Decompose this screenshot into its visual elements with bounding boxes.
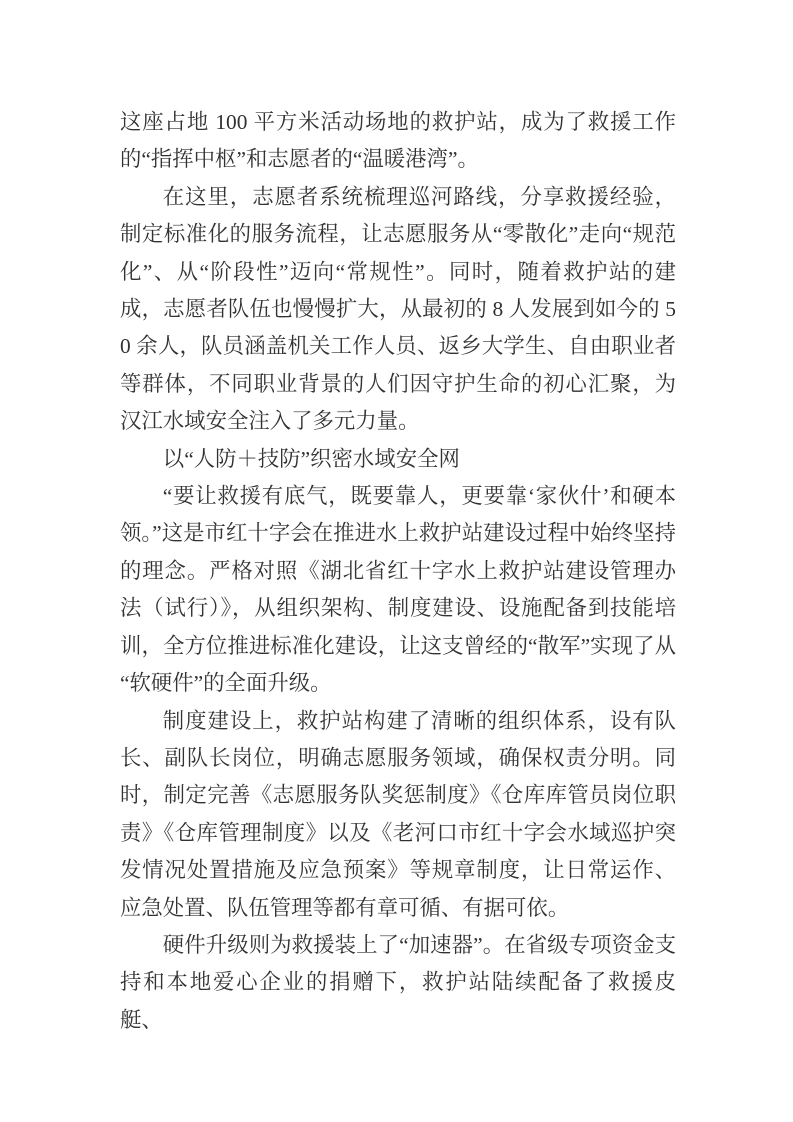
paragraph-volunteer-team-growth: 在这里，志愿者系统梳理巡河路线，分享救援经验，制定标准化的服务流程，让志愿服务从…	[120, 179, 676, 441]
paragraph-institutional-system: 制度建设上，救护站构建了清晰的组织体系，设有队长、副队长岗位，明确志愿服务领域，…	[120, 703, 676, 927]
document-text-block: 这座占地 100 平方米活动场地的救护站，成为了救援工作的“指挥中枢”和志愿者的…	[120, 104, 676, 1039]
paragraph-hardware-upgrade: 硬件升级则为救援装上了“加速器”。在省级专项资金支持和本地爱心企业的捐赠下，救护…	[120, 927, 676, 1039]
paragraph-standardized-construction: “要让救援有底气，既要靠人，更要靠‘家伙什’和硬本领。”这是市红十字会在推进水上…	[120, 478, 676, 702]
paragraph-continuation: 这座占地 100 平方米活动场地的救护站，成为了救援工作的“指挥中枢”和志愿者的…	[120, 104, 676, 179]
section-heading-safety-net: 以“人防＋技防”织密水域安全网	[120, 441, 676, 478]
document-page: 这座占地 100 平方米活动场地的救护站，成为了救援工作的“指挥中枢”和志愿者的…	[0, 0, 793, 1122]
